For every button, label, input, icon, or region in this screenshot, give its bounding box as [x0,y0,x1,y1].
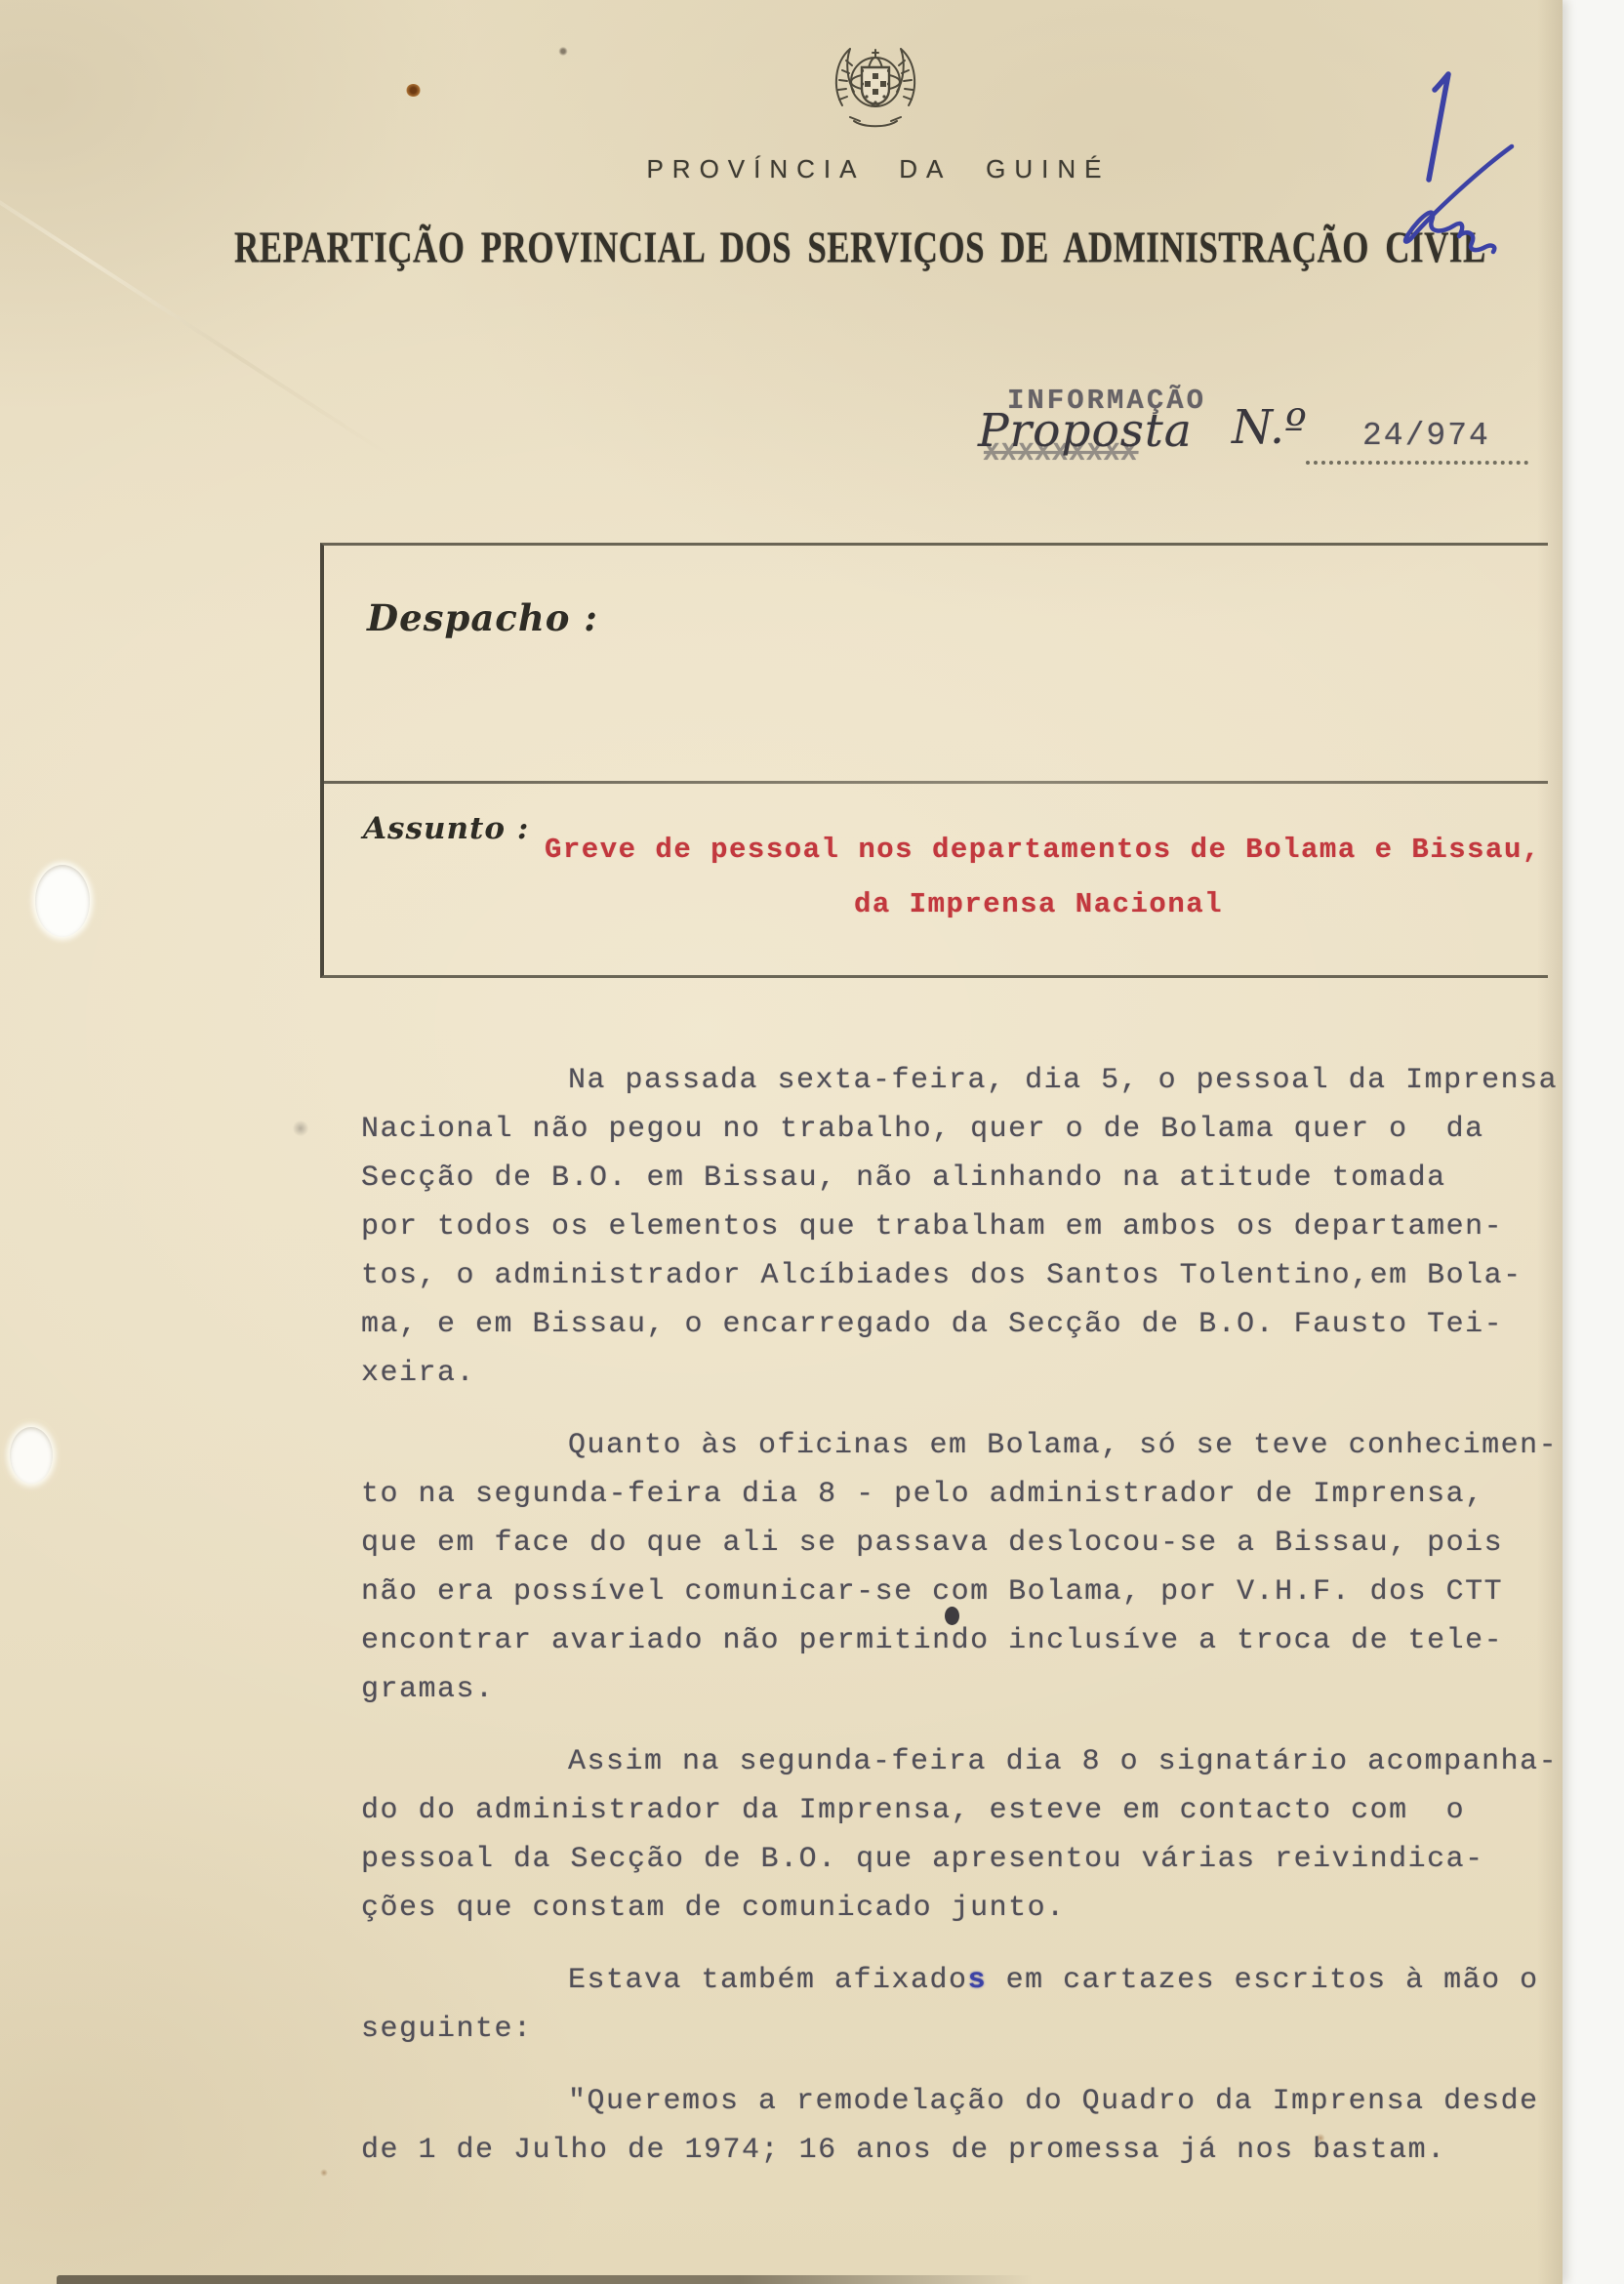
ink-correction: s [968,1964,988,1997]
punch-hole [10,1427,53,1484]
body-line: ções que constam de comunicado junto. [361,1884,1542,1933]
paragraph-2: Quanto às oficinas em Bolama, só se teve… [361,1421,1542,1714]
despacho-assunto-box: Despacho : Assunto : Greve de pessoal no… [320,543,1548,978]
body-line: de 1 de Julho de 1974; 16 anos de promes… [361,2126,1542,2175]
assunto-label: Assunto : [363,811,529,846]
subject: Greve de pessoal nos departamentos de Bo… [545,827,1532,932]
paper: PROVÍNCIA DA GUINÉ REPARTIÇÃO PROVINCIAL… [0,0,1563,2284]
body-line: Nacional não pegou no trabalho, quer o d… [361,1105,1542,1154]
scan-edge-shadow [57,2275,1033,2284]
stain [406,84,421,97]
body-line: Secção de B.O. em Bissau, não alinhando … [361,1154,1542,1203]
crease-mark [0,156,391,457]
paragraph-4: Estava também afixados em cartazes escri… [361,1956,1542,2054]
ink-blob [945,1607,959,1625]
stain [320,2169,328,2177]
body-line: xeira. [361,1349,1542,1398]
body-line: pessoal da Secção de B.O. que apresentou… [361,1835,1542,1884]
body-line: tos, o administrador Alcíbiades dos Sant… [361,1251,1542,1300]
box-divider [324,781,1548,784]
body-line: do do administrador da Imprensa, esteve … [361,1786,1542,1835]
body-text: em cartazes escritos à mão o [987,1964,1539,1997]
paragraph-1: Na passada sexta-feira, dia 5, o pessoal… [361,1056,1542,1398]
despacho-label: Despacho : [367,596,598,639]
body-line: por todos os elementos que trabalham em … [361,1203,1542,1251]
subject-line-2: da Imprensa Nacional [545,883,1532,932]
body-line: ma, e em Bissau, o encarregado da Secção… [361,1300,1542,1349]
body-line: Quanto às oficinas em Bolama, só se teve… [361,1421,1542,1470]
body-line: to na segunda-feira dia 8 - pelo adminis… [361,1470,1542,1519]
body-line: que em face do que ali se passava desloc… [361,1519,1542,1568]
document-body: Na passada sexta-feira, dia 5, o pessoal… [361,1056,1542,2198]
body-line: Na passada sexta-feira, dia 5, o pessoal… [361,1056,1542,1105]
coat-of-arms-icon [826,35,925,137]
paper-edge-shade [1537,0,1563,2284]
body-line: seguinte: [361,2005,1542,2054]
body-line: gramas. [361,1665,1542,1714]
margin-mark [293,1119,308,1138]
punch-hole [35,865,90,937]
body-text: Estava também afixado [568,1964,968,1997]
stain [558,47,568,56]
paragraph-5: "Queremos a remodelação do Quadro da Imp… [361,2077,1542,2175]
numero-value: 24/974 [1362,418,1490,454]
subject-line-1: Greve de pessoal nos departamentos de Bo… [545,827,1532,883]
paragraph-3: Assim na segunda-feira dia 8 o signatári… [361,1737,1542,1933]
body-line: Assim na segunda-feira dia 8 o signatári… [361,1737,1542,1786]
body-line: "Queremos a remodelação do Quadro da Imp… [361,2077,1542,2126]
province-title: PROVÍNCIA DA GUINÉ [195,154,1562,184]
department-title: REPARTIÇÃO PROVINCIAL DOS SERVIÇOS DE AD… [234,223,1117,273]
proposta-label: Proposta [978,404,1193,458]
body-line: Estava também afixados em cartazes escri… [361,1956,1542,2005]
scanned-document: PROVÍNCIA DA GUINÉ REPARTIÇÃO PROVINCIAL… [0,0,1624,2284]
numero-label: N.º [1232,400,1307,455]
